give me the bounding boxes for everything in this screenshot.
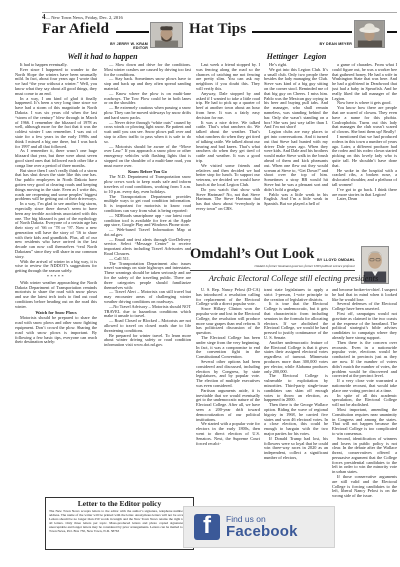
jerry-kram-photo <box>150 22 183 48</box>
paragraph: We started with a popular vote for elect… <box>196 422 260 446</box>
paragraph: Most important, amending the Constitutio… <box>332 408 397 437</box>
paragraph: Do you watch that show with Steve Hartma… <box>196 188 260 212</box>
paragraph: Several other options had been considere… <box>196 360 260 389</box>
paragraph: With the arrival of winter in a big way,… <box>15 260 97 274</box>
letter-policy-box: Letter to the Editor policy The New Town… <box>45 497 194 550</box>
paragraph: The Transportation Department provides m… <box>104 195 191 214</box>
paragraph: We got into this Legion Club. It’s a sma… <box>264 68 328 130</box>
paragraph: The Transportation Department also issue… <box>104 262 191 291</box>
portrait-cowboy-hat-icon <box>355 21 384 47</box>
hat-tips-byline: BY DEAN MEYER <box>285 42 352 46</box>
omdahl-tagline: Omdahl is former lieutenant governor, fo… <box>190 264 355 268</box>
hat-tips-column-1: Last week a friend stopped by. I was fen… <box>196 63 260 246</box>
far-afield-column-1: It had to happen eventually.Ever since I… <box>15 63 97 497</box>
paragraph: U. S. Rep. Nancy Pelosi (D-CA) has intro… <box>196 288 260 307</box>
paragraph: In a way, I am kind of glad it finally h… <box>15 97 97 150</box>
paragraph: trant state legislatures to apply a stri… <box>264 288 328 302</box>
paragraph: — Road Closed or Blocked – Motorists are… <box>104 319 191 333</box>
paragraph: — Be extremely cautious when passing a s… <box>104 106 191 120</box>
paragraph: Later, Dean <box>332 197 397 202</box>
hat-tips-rule <box>252 31 352 33</box>
omdahl-column-2: trant state legislatures to apply a stri… <box>264 288 328 505</box>
paragraph: a game of charades. From what I could fi… <box>332 63 397 101</box>
paragraph: — Stay back. Sometimes snow plows have t… <box>104 77 191 91</box>
omdahl-headline: Archaic Electoral College still electing… <box>190 273 397 283</box>
paragraph: You know how there are people that are s… <box>332 106 397 135</box>
paragraph: — Travel Alert – Motorists can still tra… <box>104 290 191 304</box>
paragraph: — NDRoads smartphone app - our latest ro… <box>104 214 191 228</box>
paragraph: — Never drive through “white outs” cause… <box>104 121 191 145</box>
folio-line: 4— New Town News, Friday, Dec. 2, 2016 <box>42 13 123 21</box>
far-afield-column-2: — Slow down and drive for the conditions… <box>104 63 191 497</box>
paragraph: —No Travel Advisory – Motorists should N… <box>104 305 191 319</box>
paragraph: Ever since I happened to wander to the N… <box>15 68 97 97</box>
paragraph: With winter weather approaching the Nort… <box>15 281 97 310</box>
paragraph: and become broker-in-chief. I suspect he… <box>332 288 397 302</box>
paragraph: Last week a friend stopped by. I was fen… <box>196 63 260 92</box>
facebook-ad-line1: Find us on <box>226 515 298 524</box>
paragraph: He woke in the hospital with a cracked r… <box>332 169 397 188</box>
paragraph: — Motorists should be aware of the “Move… <box>104 145 191 169</box>
paragraph: If Donald Trump had lost, his followers … <box>264 437 328 461</box>
facebook-ad-text: Find us on Facebook <box>226 515 298 540</box>
paragraph: As I remember it, there wasn’t one huge … <box>15 149 97 168</box>
paragraph: In spite of all this academic speculatio… <box>332 394 397 408</box>
far-afield-byline: BY JERRY W. KRAM EDITOR <box>85 42 148 51</box>
letter-policy-body: The New Town News accepts letters to the… <box>49 509 190 533</box>
paragraph: We visited some friends and relatives an… <box>196 164 260 188</box>
paragraph: But since then I can’t really think of a… <box>15 169 97 203</box>
paragraph: Since Hillary Clinton won the popular vo… <box>196 307 260 336</box>
paragraph: Partisan arguments aside, it is inevitab… <box>196 389 260 423</box>
paragraph: Another undemocratic feature of the Elec… <box>264 341 328 375</box>
paragraph: The N.D. Department of Transportation sn… <box>104 175 191 194</box>
omdahl-rule <box>190 270 355 271</box>
paragraph: In a way, I’m glad to see another big st… <box>15 202 97 260</box>
paragraph: Then there is the concern over recounts.… <box>332 341 397 379</box>
hat-tips-title: Hat Tips <box>189 22 246 37</box>
paragraph: Pablo was a little weak in his English. … <box>264 193 328 207</box>
omdahl-byline: BY LLOYD OMDAHL <box>255 258 355 262</box>
dean-meyer-photo <box>354 20 385 48</box>
omdahl-column-3: and become broker-in-chief. I suspect he… <box>332 288 397 556</box>
paragraph: Motorists should be prepared to share th… <box>15 316 97 345</box>
byline-role: EDITOR <box>85 46 148 50</box>
far-afield-rule <box>116 31 149 33</box>
paragraph: The Electoral College is vulnerable to e… <box>264 374 328 403</box>
folio-text: — New Town News, Friday, Dec. 2, 2016 <box>46 15 123 20</box>
paragraph: Anyway, Dale stopped by and asked if I w… <box>196 92 260 121</box>
far-afield-title: Far Afield <box>42 22 109 37</box>
paragraph: — Know where the plow is on multi-lane r… <box>104 92 191 106</box>
paragraph: It is true that the Electoral College is… <box>264 302 328 340</box>
paragraph: — Email and text alerts through GovDeliv… <box>104 238 191 257</box>
paragraph: I mentioned that we had produced rodeos … <box>332 135 397 169</box>
paragraph: Legion clubs are easy places to get into… <box>264 130 328 192</box>
paragraph: If a very close vote warranted a nationw… <box>332 379 397 393</box>
facebook-ad-line2: Facebook <box>226 524 298 539</box>
facebook-f-icon: f <box>194 514 220 540</box>
facebook-ad[interactable]: f Find us on Facebook <box>183 506 335 548</box>
far-afield-headline: Well it had to happen <box>15 52 190 61</box>
paragraph: The Electoral College has been under sie… <box>196 336 260 360</box>
omdahl-column-1: U. S. Rep. Nancy Pelosi (D-CA) has intro… <box>196 288 260 505</box>
paragraph: First off, campaigns would not gravitate… <box>332 312 397 341</box>
hat-tips-rule-end <box>387 31 397 33</box>
paragraph: Be prepared for winter travel. To learn … <box>104 334 191 348</box>
letter-policy-title: Letter to the Editor policy <box>49 499 190 508</box>
paragraph: It was a nice drive. We talked cattle. T… <box>196 121 260 164</box>
paragraph: — Slow down and drive for the conditions… <box>104 63 191 77</box>
portrait-man-beard-icon <box>151 23 182 47</box>
newspaper-page: 4— New Town News, Friday, Dec. 2, 2016 F… <box>0 0 400 567</box>
hat-tips-headline: Hettinger Legion <box>196 52 397 61</box>
hat-tips-column-2: He’s right.We got into this Legion Club.… <box>264 63 328 246</box>
hat-tips-column-3: a game of charades. From what I could fi… <box>332 63 397 246</box>
paragraph: Then there is the George Wallace option.… <box>264 403 328 437</box>
paragraph: If those conservative arguments are stil… <box>332 475 397 499</box>
paragraph: Second, identification of winners and lo… <box>332 437 397 475</box>
